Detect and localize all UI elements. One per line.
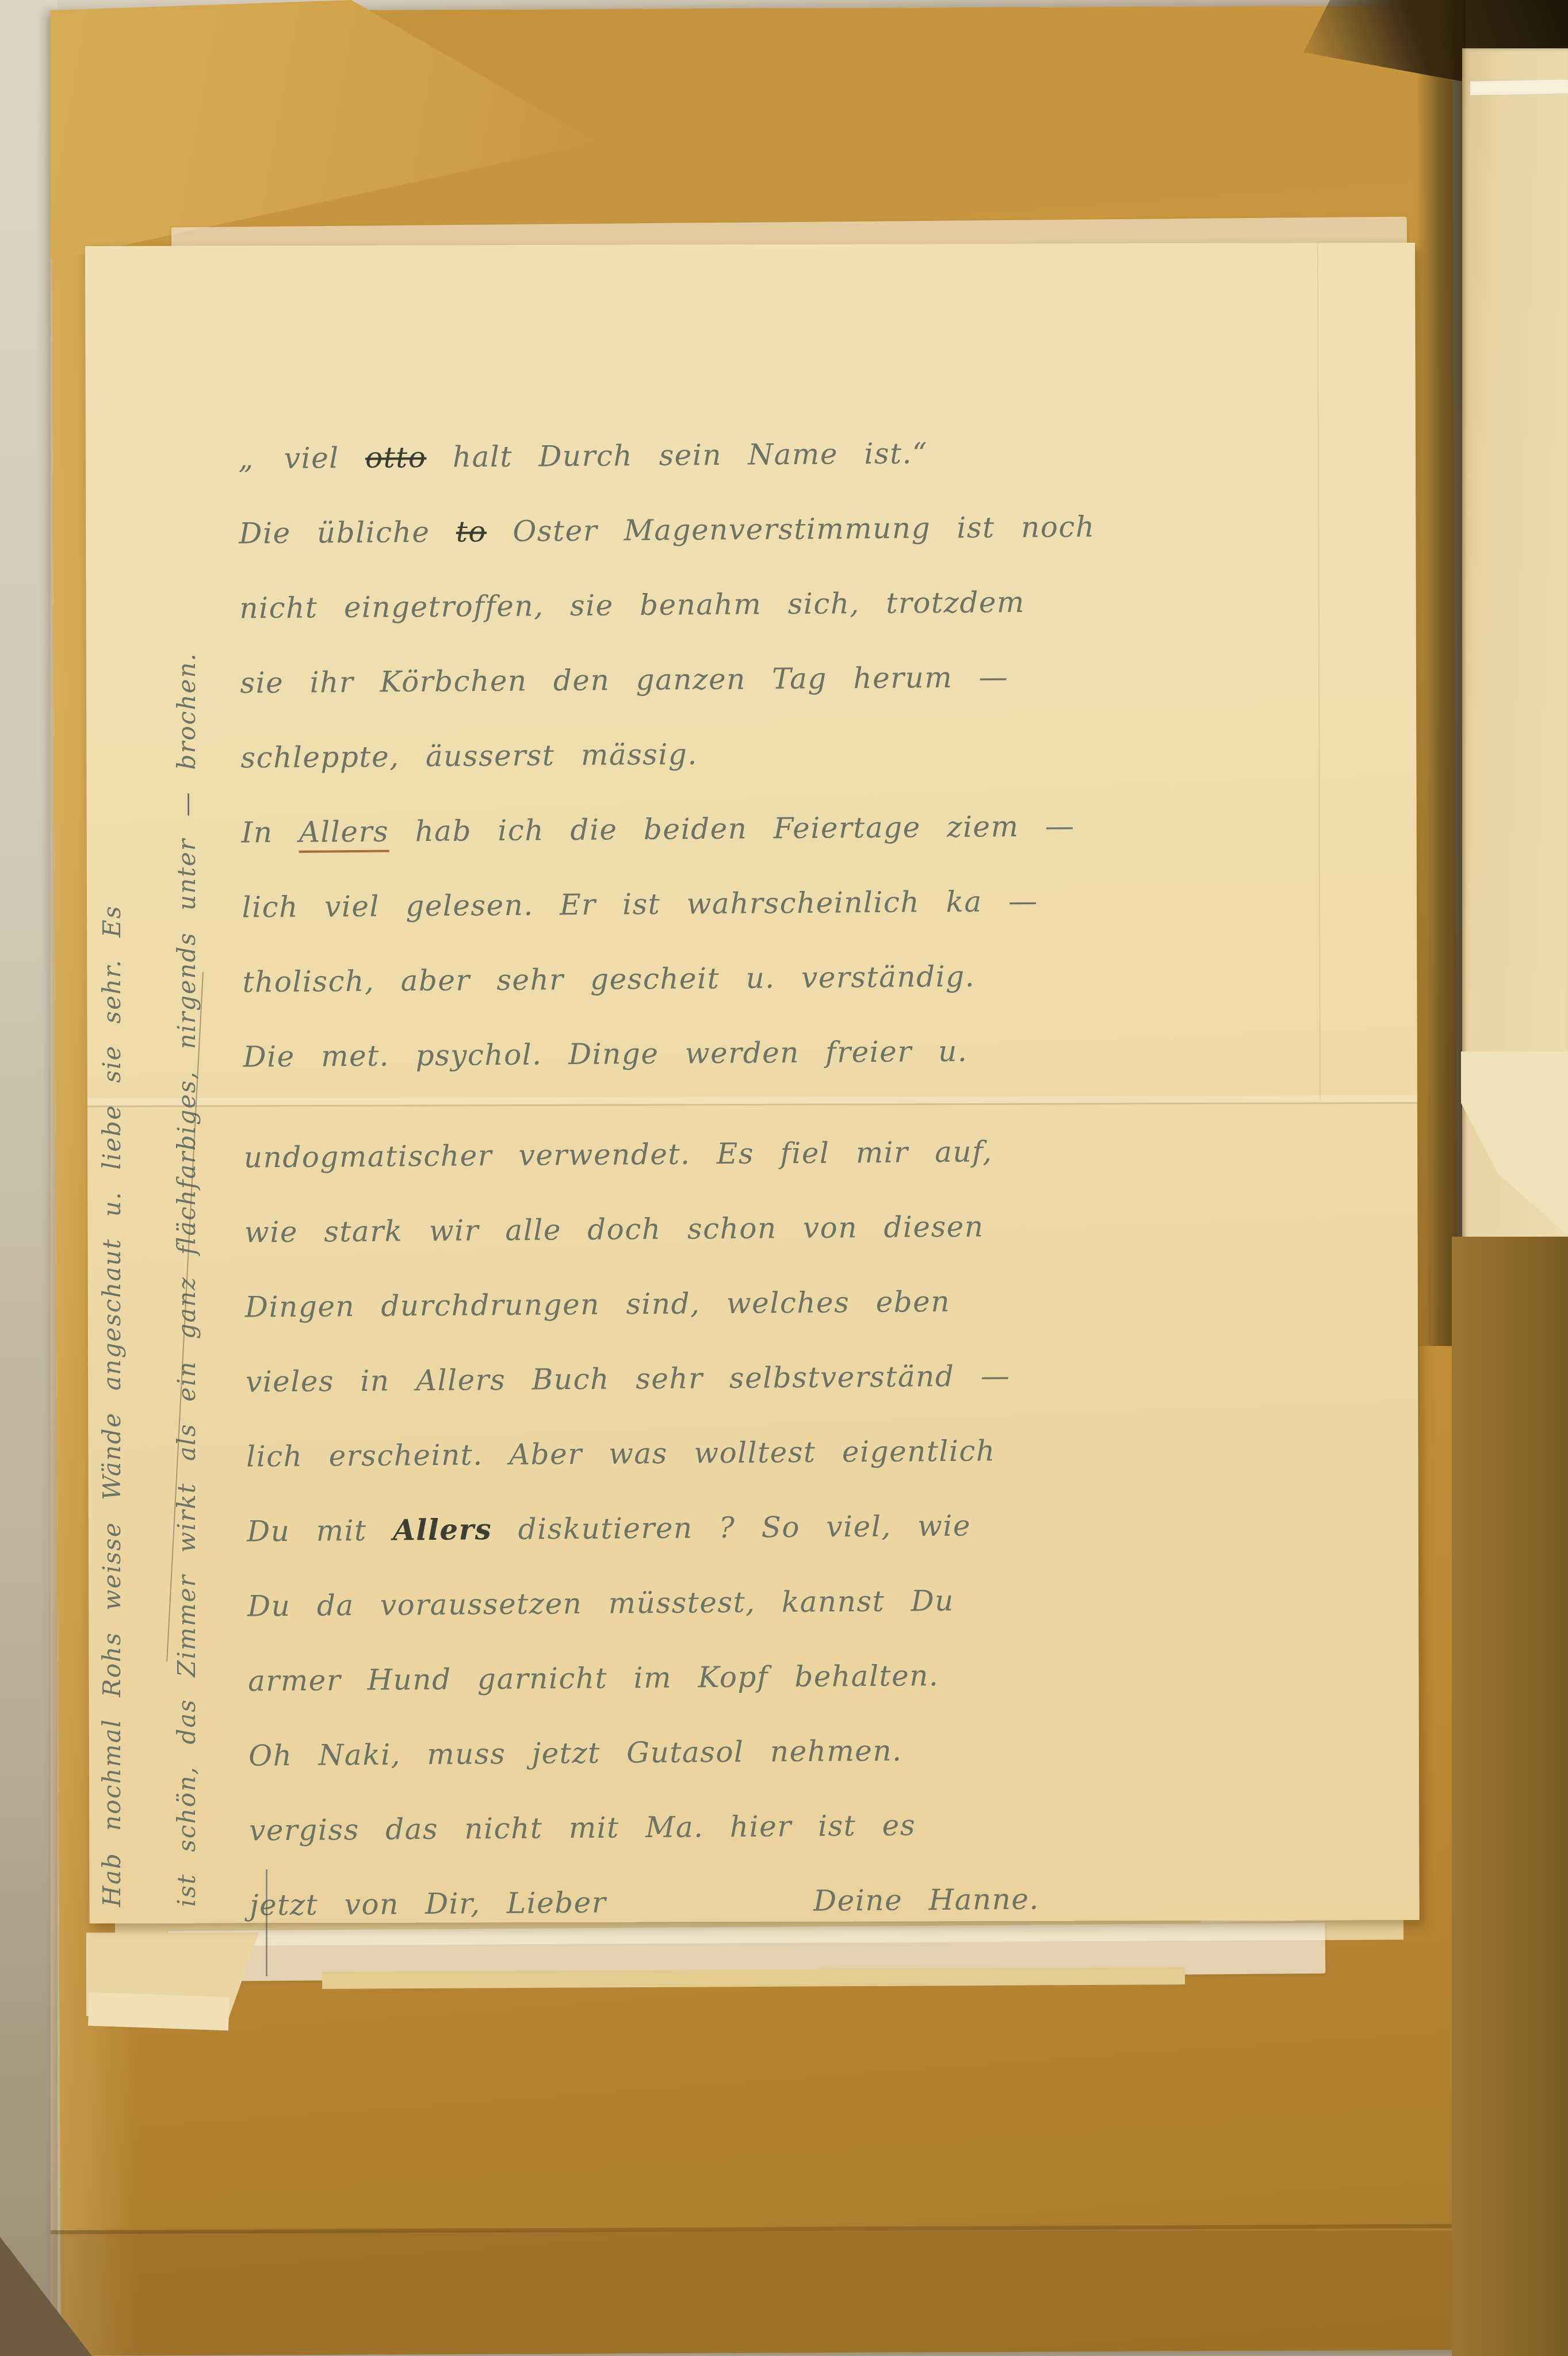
letter-line: Du da voraussetzen müsstest, kannst Du bbox=[247, 1560, 1393, 1644]
letter-line: sie ihr Körbchen den ganzen Tag herum — bbox=[240, 637, 1385, 721]
letter-line: lich erscheint. Aber was wolltest eigent… bbox=[246, 1410, 1391, 1494]
letter-page: „viel otto halt Durch sein Name ist.“Die… bbox=[85, 243, 1420, 1923]
photo-stage: „viel otto halt Durch sein Name ist.“Die… bbox=[0, 0, 1568, 2356]
paper-edge-sliver bbox=[1470, 80, 1568, 95]
letter-line: lich viel gelesen. Er ist wahrscheinlich… bbox=[242, 861, 1387, 945]
letter-line: Die met. psychol. Dinge werden freier u. bbox=[243, 1011, 1388, 1095]
letter-line: Du mit Allers diskutieren ? So viel, wie bbox=[247, 1485, 1392, 1569]
shadow-lower-right bbox=[1452, 1237, 1568, 2356]
folder-bottom-shade bbox=[51, 2231, 1452, 2356]
shadow-right-gap bbox=[1416, 0, 1466, 1346]
stack-corner-left-2 bbox=[88, 1992, 230, 2030]
letter-line: wie stark wir alle doch schon von diesen bbox=[244, 1186, 1389, 1270]
margin-annotation-1: Hab nochmal Rohs weisse Wände angeschaut… bbox=[98, 319, 126, 1907]
letter-line: schleppte, äusserst mässig. bbox=[240, 712, 1386, 795]
letter-line: armer Hund garnicht im Kopf behalten. bbox=[248, 1635, 1393, 1719]
letter-line: vieles in Allers Buch sehr selbstverstän… bbox=[245, 1336, 1390, 1420]
letter-line: Die übliche to Oster Magenverstimmung is… bbox=[239, 487, 1384, 571]
letter-line: tholisch, aber sehr gescheit u. verständ… bbox=[242, 936, 1387, 1020]
letter-line: „viel otto halt Durch sein Name ist.“ bbox=[238, 412, 1383, 496]
letter-line: In Allers hab ich die beiden Feiertage z… bbox=[241, 786, 1386, 870]
letter-line: undogmatischer verwendet. Es fiel mir au… bbox=[243, 1111, 1389, 1195]
letter-body: „viel otto halt Durch sein Name ist.“Die… bbox=[238, 412, 1395, 1943]
letter-line: vergiss das nicht mit Ma. hier ist es bbox=[249, 1784, 1394, 1868]
letter-line: jetzt von Dir, LieberDeine Hanne. bbox=[250, 1859, 1395, 1943]
pencil-margin-mark bbox=[266, 1869, 267, 1976]
letter-line: Oh Naki, muss jetzt Gutasol nehmen. bbox=[248, 1709, 1394, 1793]
letter-line: Dingen durchdrungen sind, welches eben bbox=[244, 1261, 1390, 1345]
table-surface bbox=[0, 0, 58, 2356]
letter-line: nicht eingetroffen, sie benahm sich, tro… bbox=[239, 562, 1385, 646]
